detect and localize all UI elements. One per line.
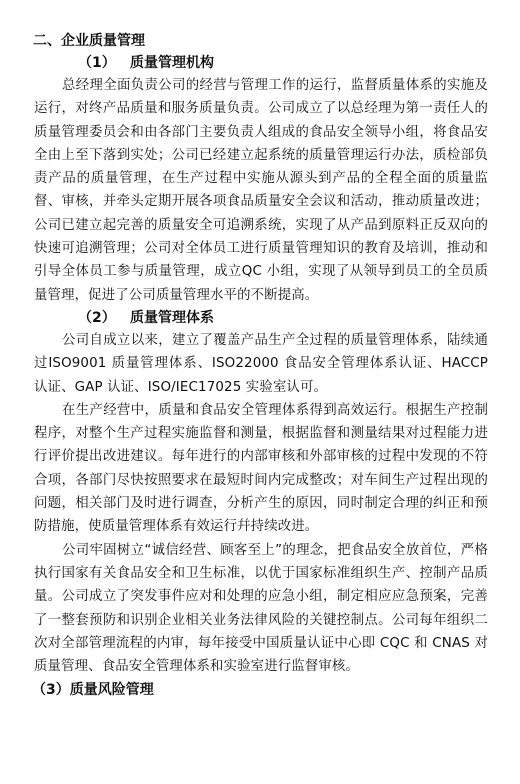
paragraph: 公司自成立以来，建立了覆盖产品生产全过程的质量管理体系，陆续通过ISO9001 … <box>34 329 488 399</box>
paragraph: 公司牢固树立“诚信经营、顾客至上”的理念，把食品安全放首位，严格执行国家有关食品… <box>34 539 488 679</box>
subsection-number: （2） <box>78 307 130 329</box>
subsection-number: （3） <box>32 682 70 698</box>
paragraph: 总经理全面负责公司的经营与管理工作的运行，监督质量体系的实施及运行，对终产品质量… <box>34 74 488 307</box>
subsection-title: 质量管理机构 <box>130 55 214 71</box>
section-heading: 二、企业质量管理 <box>33 30 488 52</box>
subsection-number: （1） <box>78 52 130 74</box>
paragraph: 在生产经营中，质量和食品安全管理体系得到高效运行。根据生产控制程序，对整个生产过… <box>34 399 488 539</box>
document-page: 二、企业质量管理 （1）质量管理机构 总经理全面负责公司的经营与管理工作的运行，… <box>34 30 488 702</box>
subsection-heading-1: （1）质量管理机构 <box>34 52 488 74</box>
subsection-heading-2: （2）质量管理体系 <box>34 307 488 329</box>
subsection-title: 质量风险管理 <box>70 682 154 698</box>
subsection-title: 质量管理体系 <box>130 310 214 326</box>
subsection-heading-3: （3）质量风险管理 <box>32 678 488 702</box>
